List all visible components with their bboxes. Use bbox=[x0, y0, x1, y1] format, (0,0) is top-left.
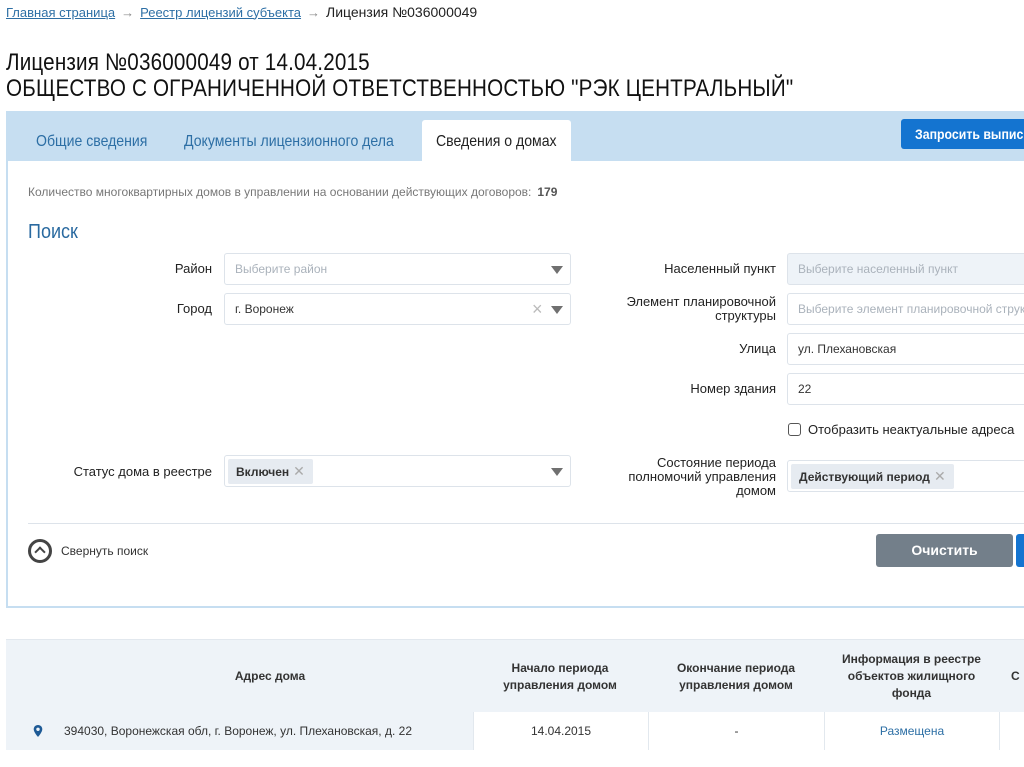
chevron-down-icon[interactable] bbox=[551, 266, 563, 274]
clear-button[interactable]: Очистить bbox=[876, 534, 1013, 567]
breadcrumb-current: Лицензия №036000049 bbox=[326, 4, 477, 20]
column-extra: С bbox=[1011, 640, 1024, 713]
houses-count: Количество многоквартирных домов в управ… bbox=[28, 185, 557, 199]
city-select[interactable]: г. Воронеж × bbox=[224, 293, 571, 325]
status-label: Статус дома в реестре bbox=[48, 465, 212, 479]
page-title: Лицензия №036000049 от 14.04.2015 ОБЩЕСТ… bbox=[6, 50, 793, 102]
registry-info-cell: Размещена bbox=[824, 712, 999, 750]
breadcrumb-arrow-icon: → bbox=[307, 5, 320, 20]
breadcrumb-home-link[interactable]: Главная страница bbox=[6, 5, 115, 20]
map-pin-icon bbox=[32, 725, 44, 737]
locality-label: Населенный пункт bbox=[608, 262, 776, 276]
column-registry-info: Информация в реестре объектов жилищного … bbox=[834, 640, 989, 713]
tab-houses-info[interactable]: Сведения о домах bbox=[422, 120, 571, 161]
street-label: Улица bbox=[608, 342, 776, 356]
column-end: Окончание периода управления домом bbox=[661, 640, 811, 713]
chevron-up-circle-icon[interactable] bbox=[28, 539, 52, 563]
period-state-select[interactable]: Действующий период✕ bbox=[787, 460, 1024, 492]
period-state-label: Состояние периода полномочий управления … bbox=[608, 456, 776, 498]
tab-bar: Общие сведения Документы лицензионного д… bbox=[8, 113, 1024, 161]
street-input[interactable]: ул. Плехановская bbox=[787, 333, 1024, 365]
divider bbox=[28, 523, 1024, 524]
building-number-label: Номер здания bbox=[608, 382, 776, 396]
planning-element-label: Элемент планировочной структуры bbox=[608, 295, 776, 323]
end-date-cell: - bbox=[648, 712, 824, 750]
tab-general-info[interactable]: Общие сведения bbox=[36, 120, 163, 161]
registry-info-link[interactable]: Размещена bbox=[880, 724, 944, 738]
column-icon bbox=[6, 640, 66, 713]
organization-name: ОБЩЕСТВО С ОГРАНИЧЕННОЙ ОТВЕТСТВЕННОСТЬЮ… bbox=[6, 76, 793, 102]
houses-count-value: 179 bbox=[537, 185, 557, 199]
houses-count-label: Количество многоквартирных домов в управ… bbox=[28, 185, 531, 199]
column-address: Адрес дома bbox=[66, 640, 474, 713]
table-header: Адрес дома Начало периода управления дом… bbox=[6, 639, 1024, 712]
period-chip: Действующий период✕ bbox=[791, 464, 954, 489]
district-label: Район bbox=[128, 262, 212, 276]
breadcrumb-registry-link[interactable]: Реестр лицензий субъекта bbox=[140, 5, 301, 20]
status-chip: Включен✕ bbox=[228, 459, 313, 484]
building-number-input[interactable]: 22 bbox=[787, 373, 1024, 405]
breadcrumb-arrow-icon: → bbox=[121, 5, 134, 20]
locality-select[interactable]: Выберите населенный пункт bbox=[787, 253, 1024, 285]
start-date-cell: 14.04.2015 bbox=[473, 712, 648, 750]
extra-cell bbox=[999, 712, 1024, 750]
chevron-down-icon[interactable] bbox=[551, 468, 563, 476]
remove-chip-icon[interactable]: ✕ bbox=[934, 468, 946, 484]
show-inactive-addresses[interactable]: Отобразить неактуальные адреса bbox=[788, 422, 1014, 437]
remove-chip-icon[interactable]: ✕ bbox=[293, 463, 305, 479]
address-cell: 394030, Воронежская обл, г. Воронеж, ул.… bbox=[6, 712, 473, 750]
tab-license-documents[interactable]: Документы лицензионного дела bbox=[184, 120, 422, 161]
collapse-search-toggle[interactable]: Свернуть поиск bbox=[28, 539, 148, 563]
column-start: Начало периода управления домом bbox=[486, 640, 634, 713]
license-panel: Общие сведения Документы лицензионного д… bbox=[6, 111, 1024, 608]
district-select[interactable]: Выберите район bbox=[224, 253, 571, 285]
checkbox-icon[interactable] bbox=[788, 423, 801, 436]
planning-element-select[interactable]: Выберите элемент планировочной структуры bbox=[787, 293, 1024, 325]
table-row[interactable]: 394030, Воронежская обл, г. Воронеж, ул.… bbox=[6, 712, 1024, 750]
search-heading: Поиск bbox=[28, 221, 78, 244]
breadcrumb: Главная страница → Реестр лицензий субъе… bbox=[6, 4, 477, 20]
license-title: Лицензия №036000049 от 14.04.2015 bbox=[6, 50, 793, 76]
request-extract-button[interactable]: Запросить выписку bbox=[901, 119, 1024, 149]
clear-icon[interactable]: × bbox=[532, 300, 548, 318]
status-select[interactable]: Включен✕ bbox=[224, 455, 571, 487]
chevron-down-icon[interactable] bbox=[551, 306, 563, 314]
search-button[interactable] bbox=[1016, 534, 1024, 567]
city-label: Город bbox=[128, 302, 212, 316]
